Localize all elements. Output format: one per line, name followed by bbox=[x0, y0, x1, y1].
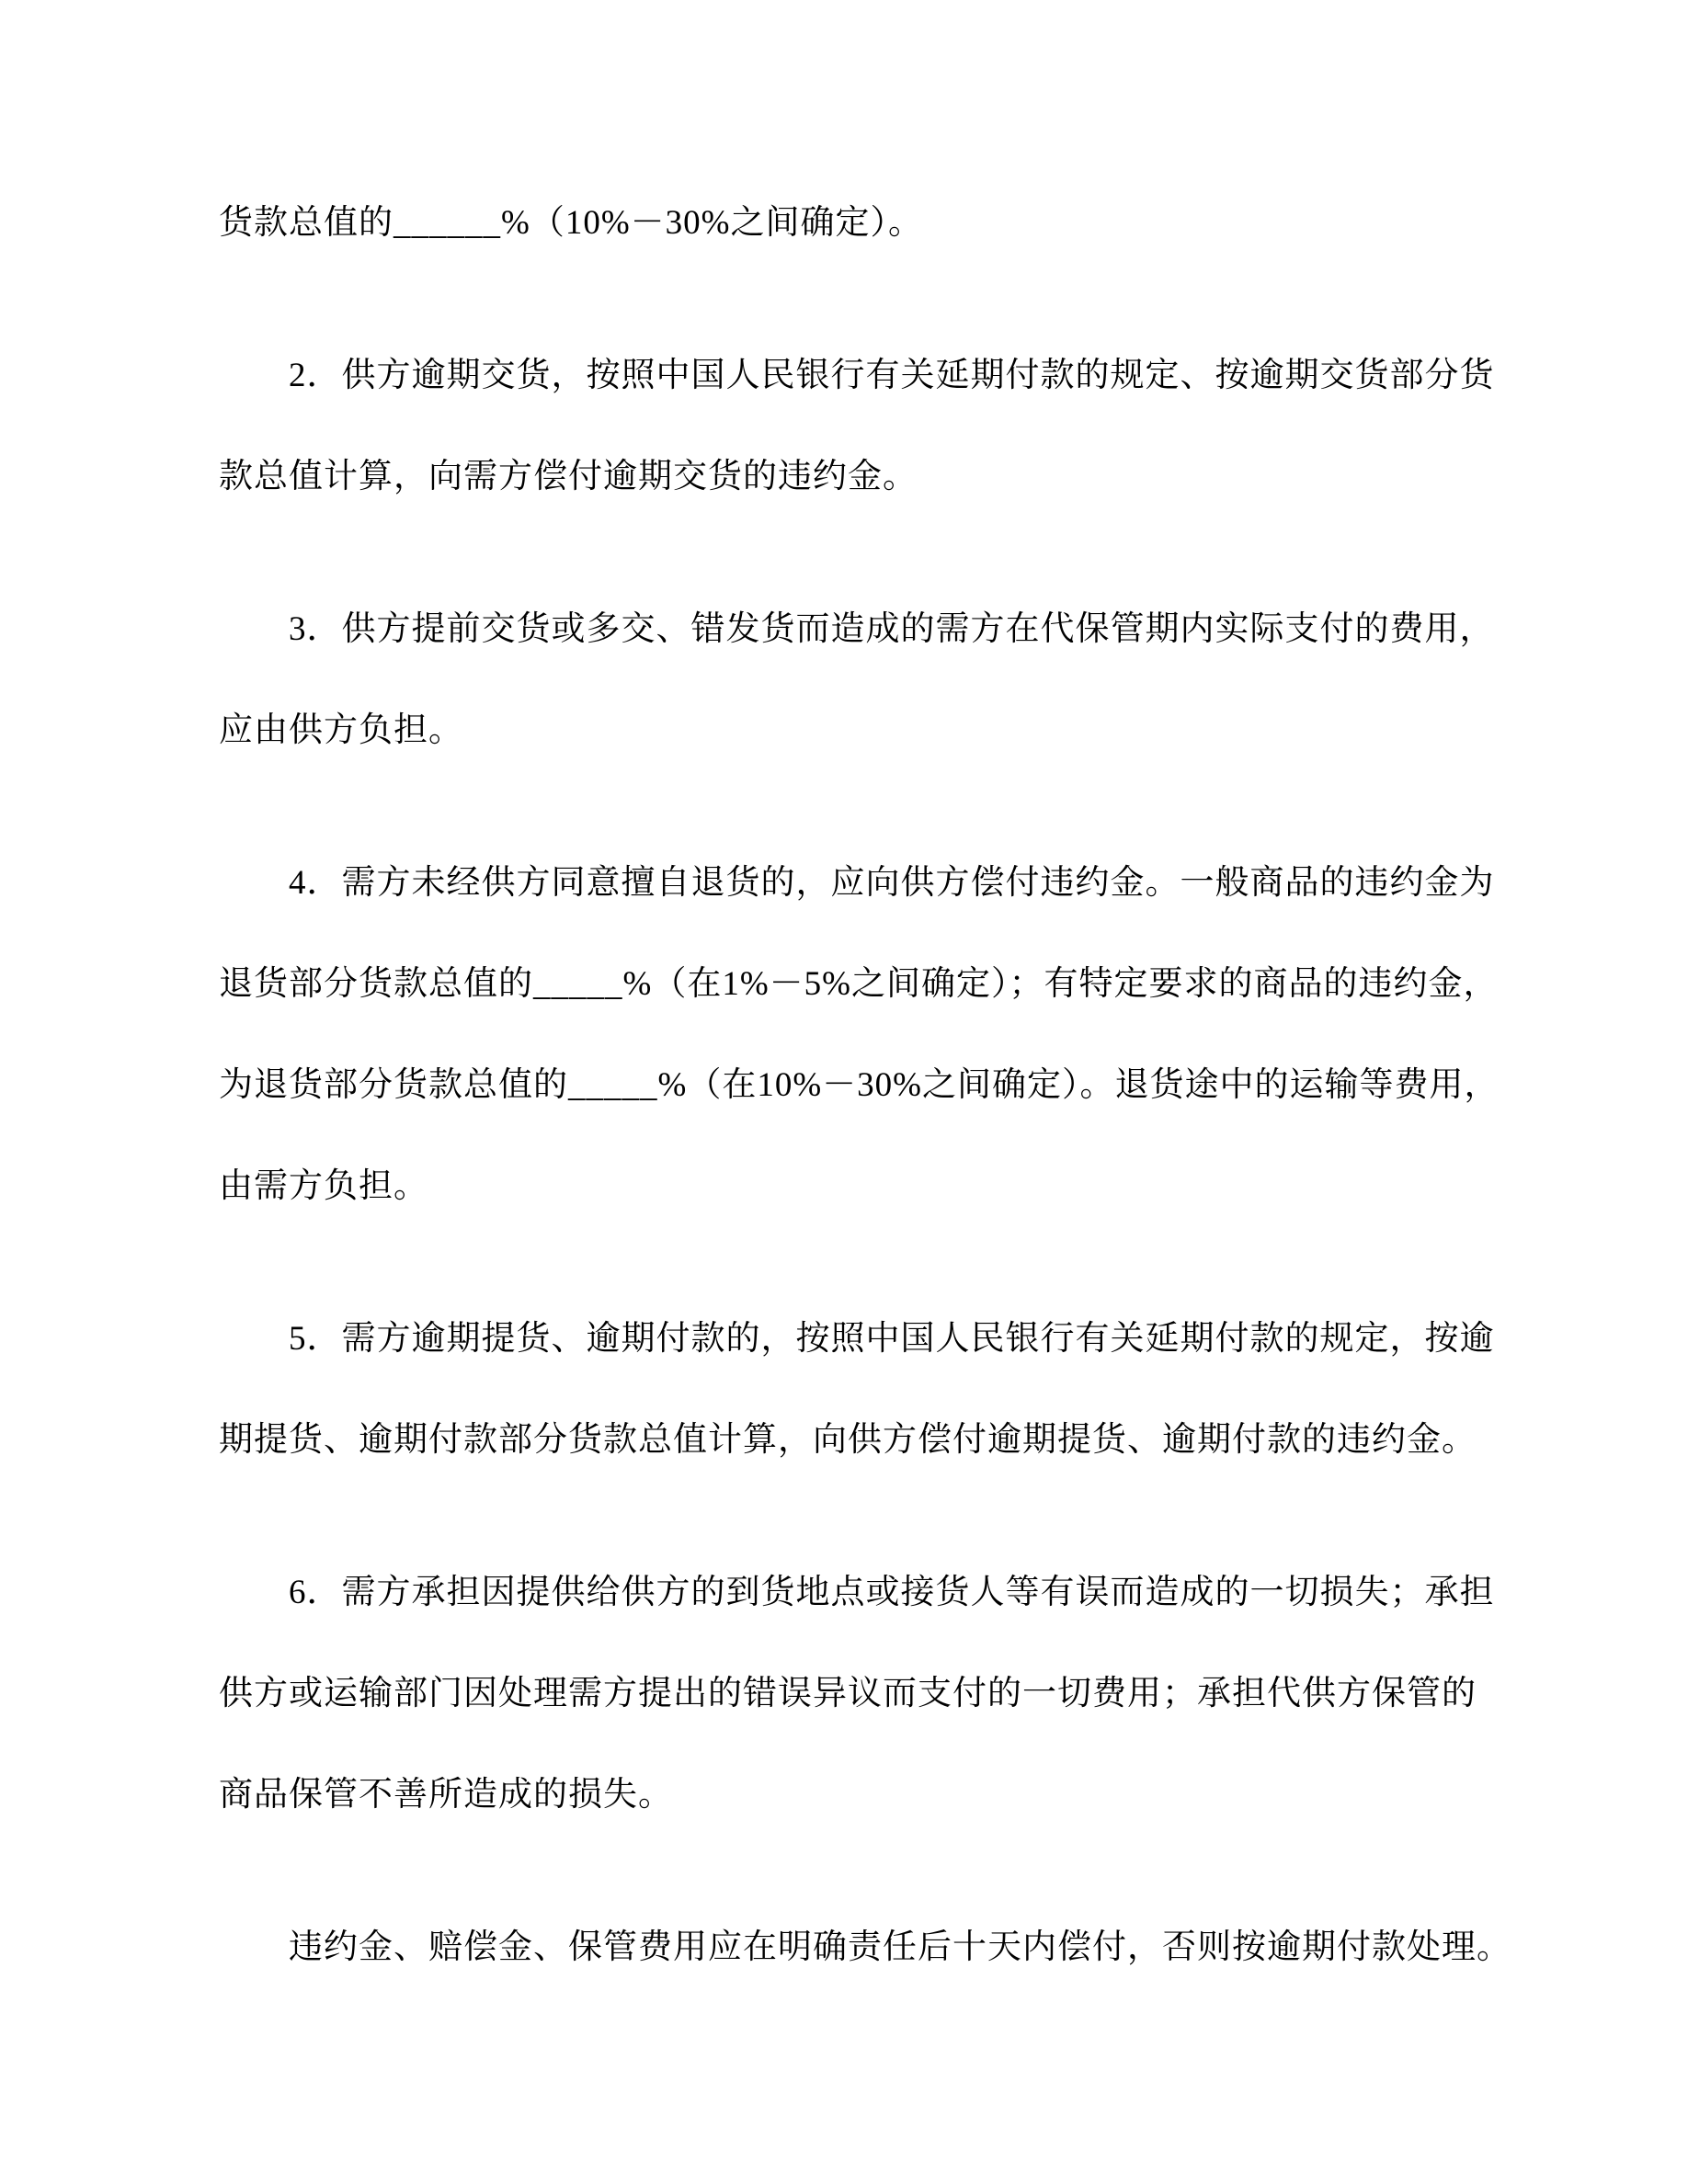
text-line: 期提货、逾期付款部分货款总值计算，向供方偿付逾期提货、逾期付款的违约金。 bbox=[219, 1390, 1469, 1491]
document-page: 货款总值的______%（10%－30%之间确定）。 2．供方逾期交货，按照中国… bbox=[0, 0, 1688, 2184]
contract-paragraph-clause-5: 5．需方逾期提货、逾期付款的，按照中国人民银行有关延期付款的规定，按逾 期提货、… bbox=[219, 1289, 1469, 1491]
text-line: 4．需方未经供方同意擅自退货的，应向供方偿付违约金。一般商品的违约金为 bbox=[219, 833, 1469, 934]
text-line: 由需方负担。 bbox=[219, 1136, 1469, 1237]
contract-paragraph-penalty-payment: 违约金、赔偿金、保管费用应在明确责任后十天内偿付，否则按逾期付款处理。 bbox=[219, 1897, 1469, 1998]
text-line: 应由供方负担。 bbox=[219, 680, 1469, 781]
text-line: 供方或运输部门因处理需方提出的错误异议而支付的一切费用；承担代供方保管的 bbox=[219, 1644, 1469, 1745]
text-line: 2．供方逾期交货，按照中国人民银行有关延期付款的规定、按逾期交货部分货 bbox=[219, 325, 1469, 427]
contract-paragraph-clause-6: 6．需方承担因提供给供方的到货地点或接货人等有误而造成的一切损失；承担 供方或运… bbox=[219, 1542, 1469, 1846]
contract-paragraph-clause-4: 4．需方未经供方同意擅自退货的，应向供方偿付违约金。一般商品的违约金为 退货部分… bbox=[219, 833, 1469, 1237]
text-line: 货款总值的______%（10%－30%之间确定）。 bbox=[219, 173, 1469, 274]
text-line: 3．供方提前交货或多交、错发货而造成的需方在代保管期内实际支付的费用， bbox=[219, 579, 1469, 680]
text-line: 为退货部分货款总值的_____%（在10%－30%之间确定）。退货途中的运输等费… bbox=[219, 1035, 1469, 1136]
contract-paragraph-continuation: 货款总值的______%（10%－30%之间确定）。 bbox=[219, 173, 1469, 274]
text-line: 商品保管不善所造成的损失。 bbox=[219, 1745, 1469, 1846]
contract-paragraph-clause-3: 3．供方提前交货或多交、错发货而造成的需方在代保管期内实际支付的费用， 应由供方… bbox=[219, 579, 1469, 781]
text-line: 款总值计算，向需方偿付逾期交货的违约金。 bbox=[219, 427, 1469, 528]
text-line: 6．需方承担因提供给供方的到货地点或接货人等有误而造成的一切损失；承担 bbox=[219, 1542, 1469, 1644]
text-line: 退货部分货款总值的_____%（在1%－5%之间确定）；有特定要求的商品的违约金… bbox=[219, 934, 1469, 1035]
text-line: 违约金、赔偿金、保管费用应在明确责任后十天内偿付，否则按逾期付款处理。 bbox=[219, 1897, 1469, 1998]
text-line: 5．需方逾期提货、逾期付款的，按照中国人民银行有关延期付款的规定，按逾 bbox=[219, 1289, 1469, 1390]
contract-paragraph-clause-2: 2．供方逾期交货，按照中国人民银行有关延期付款的规定、按逾期交货部分货 款总值计… bbox=[219, 325, 1469, 528]
